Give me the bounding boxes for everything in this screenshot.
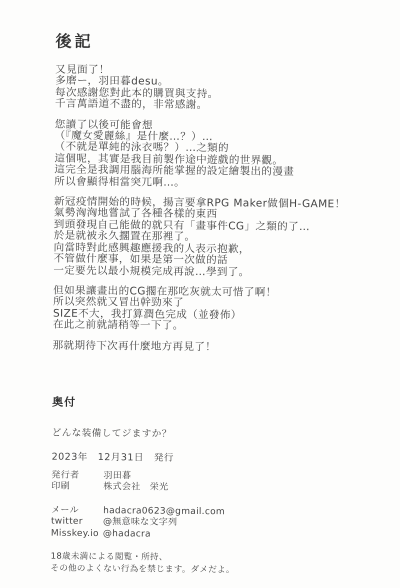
text-line: 那就期待下次再什麼地方再見了！ (53, 340, 379, 355)
contact-row: Misskey.io @hadacra (51, 529, 377, 544)
contact-label: メール (51, 506, 103, 518)
credits: 発行者 羽田暮 印刷 株式会社 栄光 (51, 471, 377, 497)
credit-row: 印刷 株式会社 栄光 (51, 482, 377, 497)
page-content: 後記 又見面了！ 多磨ー，羽田暮desu。 每次感謝您對此本的購買與支持。 千言… (0, 0, 400, 578)
paragraph: 那就期待下次再什麼地方再見了！ (53, 340, 379, 355)
credit-label: 印刷 (51, 482, 103, 494)
paragraph: 新冠疫情開始的時候，揚言要拿RPG Maker做個H-GAME！ 氣勢洶洶地嘗試… (53, 197, 380, 280)
paragraph: 您讀了以後可能會想 （『魔女愛麗絲』是什麼…？）… （不就是單純的泳衣嗎？）…之… (54, 119, 381, 191)
scanned-page: 後記 又見面了！ 多磨ー，羽田暮desu。 每次感謝您對此本的購買與支持。 千言… (0, 0, 400, 588)
notice-line: その他のよくない行為を禁じます。ダメだよ。 (50, 564, 376, 579)
contact-misskey: @hadacra (103, 529, 151, 541)
paragraph: 但如果讓畫出的CG擱在那吃灰就太可惜了啊！ 所以突然就又冒出幹勁來了 SIZE不… (53, 286, 379, 335)
text-line: 一定要先以最小規模完成再說…學到了。 (53, 265, 379, 280)
credit-value: 株式会社 栄光 (103, 483, 168, 495)
contact-label: twitter (51, 517, 103, 529)
age-notice: 18歳未満による閲覧・所持、 その他のよくない行為を禁じます。ダメだよ。 (50, 552, 376, 578)
afterword-title: 後記 (55, 29, 381, 55)
colophon-title: 奥付 (52, 394, 378, 413)
credit-value: 羽田暮 (103, 471, 131, 483)
contact-twitter: @無意味な文字列 (103, 518, 178, 530)
text-line: 在此之前就請稍等一下了。 (53, 320, 379, 335)
paragraph: 又見面了！ 多磨ー，羽田暮desu。 每次感謝您對此本的購買與支持。 千言萬語道… (55, 65, 381, 114)
contact-label: Misskey.io (51, 529, 103, 541)
publish-date: 2023年 12月31日 発行 (52, 449, 378, 466)
colophon-section: 奥付 どんな装備してジますか？ 2023年 12月31日 発行 発行者 羽田暮 … (50, 394, 378, 579)
book-title: どんな装備してジますか？ (52, 425, 378, 442)
text-line: 千言萬語道不盡的，非常感謝。 (55, 99, 381, 114)
text-line: 所以會顯得相當突兀啊…。 (54, 176, 380, 191)
contacts: メール hadacra0623@gmail.com twitter @無意味な文… (51, 506, 377, 544)
